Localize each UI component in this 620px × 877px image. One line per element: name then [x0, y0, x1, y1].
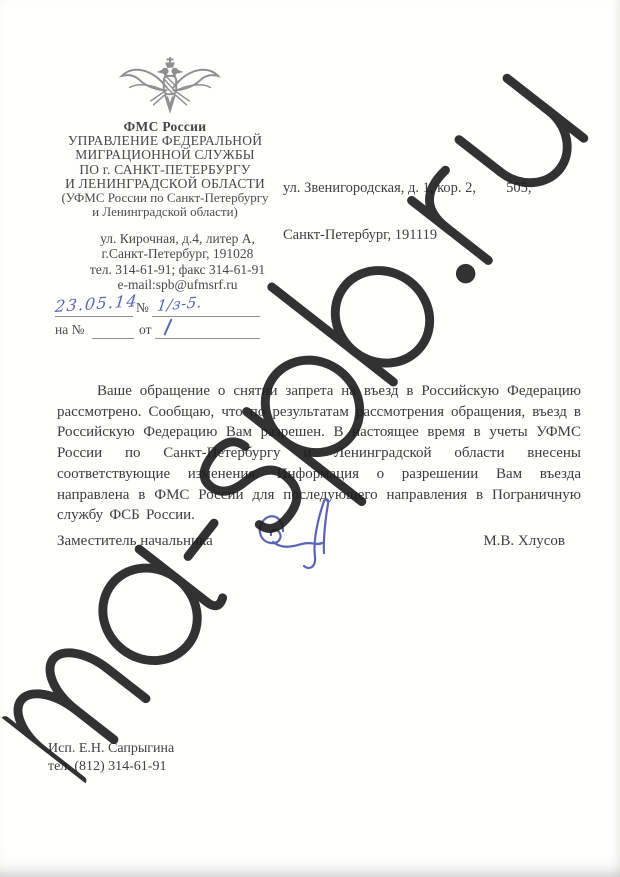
handwritten-signature	[250, 495, 354, 577]
org-paren-line: и Ленинградской области)	[30, 205, 300, 219]
org-line: УПРАВЛЕНИЕ ФЕДЕРАЛЬНОЙ	[30, 134, 300, 148]
letterhead-address: ул. Кирочная, д.4, литер А, г.Санкт-Пете…	[45, 231, 310, 292]
reply-to-label: на №	[55, 322, 84, 338]
executor-name: Исп. Е.Н. Сапрыгина	[48, 740, 174, 758]
scanned-letter-page: ФМС России УПРАВЛЕНИЕ ФЕДЕРАЛЬНОЙ МИГРАЦ…	[0, 0, 620, 877]
recipient-apartment: 505,	[506, 180, 531, 196]
recipient-street-line: ул. Звенигородская, д. 1, кор. 2,505,	[283, 180, 593, 197]
email-line: e-mail:spb@ufmsrf.ru	[45, 277, 310, 292]
number-underline	[152, 315, 260, 317]
signer-name: М.В. Хлусов	[483, 533, 565, 550]
org-line: МИГРАЦИОННОЙ СЛУЖБЫ	[30, 148, 300, 162]
address-line: тел. 314-61-91; факс 314-61-91	[45, 262, 310, 277]
org-line: ПО г. САНКТ-ПЕТЕРБУРГУ	[30, 163, 300, 177]
reply-number-underline	[92, 337, 134, 339]
pen-stroke	[163, 318, 172, 335]
fms-double-eagle-emblem-icon	[117, 54, 223, 118]
date-underline	[55, 315, 133, 317]
recipient-city-line: Санкт-Петербург, 191119	[283, 227, 593, 244]
recipient-address: ул. Звенигородская, д. 1, кор. 2,505, Са…	[283, 180, 593, 244]
reference-block: 23.05.14 № 1/з-5. на № от	[55, 294, 270, 342]
org-paren-line: (УФМС России по Санкт-Петербургу	[30, 191, 300, 205]
org-name-abbrev: (УФМС России по Санкт-Петербургу и Ленин…	[30, 191, 300, 219]
from-date-underline	[155, 337, 260, 339]
handwritten-date: 23.05.14	[54, 291, 139, 316]
address-line: ул. Кирочная, д.4, литер А,	[45, 231, 310, 246]
number-label: №	[136, 300, 149, 316]
org-name-full: УПРАВЛЕНИЕ ФЕДЕРАЛЬНОЙ МИГРАЦИОННОЙ СЛУЖ…	[30, 134, 300, 192]
signer-position: Заместитель начальника	[57, 533, 213, 550]
handwritten-number: 1/з-5.	[156, 293, 203, 315]
recipient-street: ул. Звенигородская, д. 1, кор. 2,	[283, 180, 476, 196]
executor-block: Исп. Е.Н. Сапрыгина тел. (812) 314-61-91	[48, 740, 174, 775]
from-date-label: от	[139, 322, 151, 338]
executor-phone: тел. (812) 314-61-91	[48, 758, 174, 776]
address-line: г.Санкт-Петербург, 191028	[45, 246, 310, 261]
